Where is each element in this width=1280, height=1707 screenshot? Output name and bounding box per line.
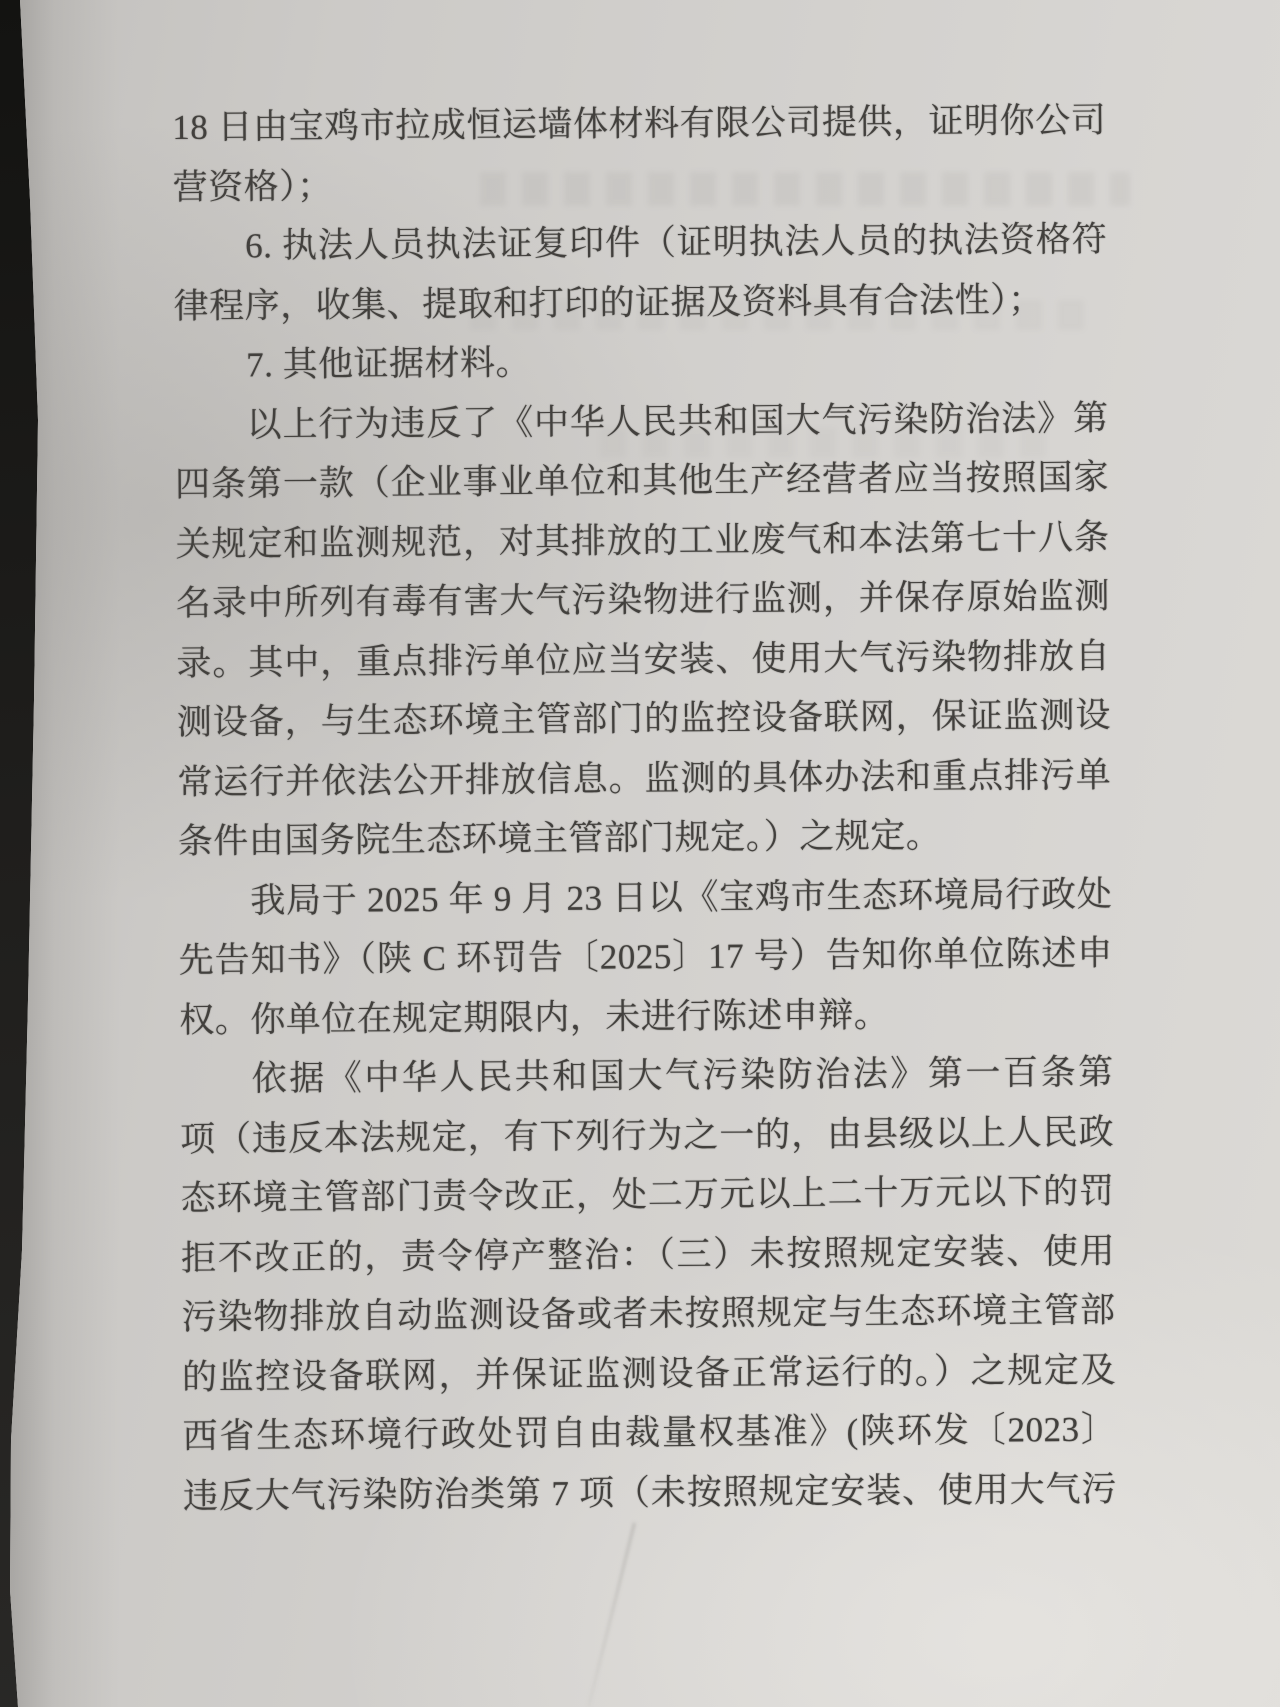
text-line: 常运行并依法公开排放信息。监测的具体办法和重点排污单位的: [177, 745, 1111, 812]
text-line: 6. 执法人员执法证复印件（证明执法人员的执法资格符合法: [173, 210, 1107, 277]
photo-frame: 18 日由宝鸡市拉成恒运墙体材料有限公司提供，证明你公司经营资格）；6. 执法人…: [0, 0, 1280, 1707]
text-line: 营资格）；: [172, 150, 1106, 217]
text-line: 测设备，与生态环境主管部门的监控设备联网，保证监测设备正: [177, 686, 1111, 753]
text-line: 录。其中，重点排污单位应当安装、使用大气污染物排放自动监: [176, 626, 1110, 693]
text-line: 拒不改正的，责令停产整治：（三）未按照规定安装、使用大气: [181, 1221, 1115, 1288]
document-page: 18 日由宝鸡市拉成恒运墙体材料有限公司提供，证明你公司经营资格）；6. 执法人…: [0, 0, 1280, 1707]
text-line: 先告知书》（陕 C 环罚告〔2025〕17 号）告知你单位陈述申辩: [179, 924, 1113, 991]
text-line: 条件由国务院生态环境主管部门规定。）之规定。: [178, 805, 1112, 872]
text-line: 项（违反本法规定，有下列行为之一的，由县级以上人民政府生: [180, 1102, 1114, 1169]
text-line: 我局于 2025 年 9 月 23 日以《宝鸡市生态环境局行政处罚事: [178, 864, 1112, 931]
paper-crease: [587, 1522, 636, 1707]
document-body: 18 日由宝鸡市拉成恒运墙体材料有限公司提供，证明你公司经营资格）；6. 执法人…: [172, 91, 1117, 1526]
text-line: 西省生态环境行政处罚自由裁量权基准》(陕环发〔2023〕67 号): [182, 1400, 1116, 1467]
text-line: 7. 其他证据材料。: [174, 329, 1108, 396]
text-line: 关规定和监测规范，对其排放的工业废气和本法第七十八条规定: [175, 507, 1109, 574]
text-line: 18 日由宝鸡市拉成恒运墙体材料有限公司提供，证明你公司经: [172, 91, 1106, 158]
text-line: 的监控设备联网，并保证监测设备正常运行的。）之规定及《陕: [182, 1340, 1116, 1407]
paper-edge-shadow: [0, 0, 120, 1707]
text-line: 权。你单位在规定期限内，未进行陈述申辩。: [179, 983, 1113, 1050]
text-line: 律程序，收集、提取和打印的证据及资料具有合法性）；: [173, 269, 1107, 336]
text-line: 以上行为违反了《中华人民共和国大气污染防治法》第二十: [174, 388, 1108, 455]
text-line: 态环境主管部门责令改正，处二万元以上二十万元以下的罚款；: [180, 1162, 1114, 1229]
text-line: 名录中所列有毒有害大气污染物进行监测，并保存原始监测记: [176, 567, 1110, 634]
text-line: 四条第一款（企业事业单位和其他生产经营者应当按照国家有: [175, 448, 1109, 515]
text-line: 依据《中华人民共和国大气污染防治法》第一百条第（三）: [179, 1043, 1113, 1110]
text-line: 违反大气污染防治类第 7 项（未按照规定安装、使用大气污染物: [183, 1459, 1117, 1526]
text-line: 污染物排放自动监测设备或者未按照规定与生态环境主管部门: [181, 1281, 1115, 1348]
